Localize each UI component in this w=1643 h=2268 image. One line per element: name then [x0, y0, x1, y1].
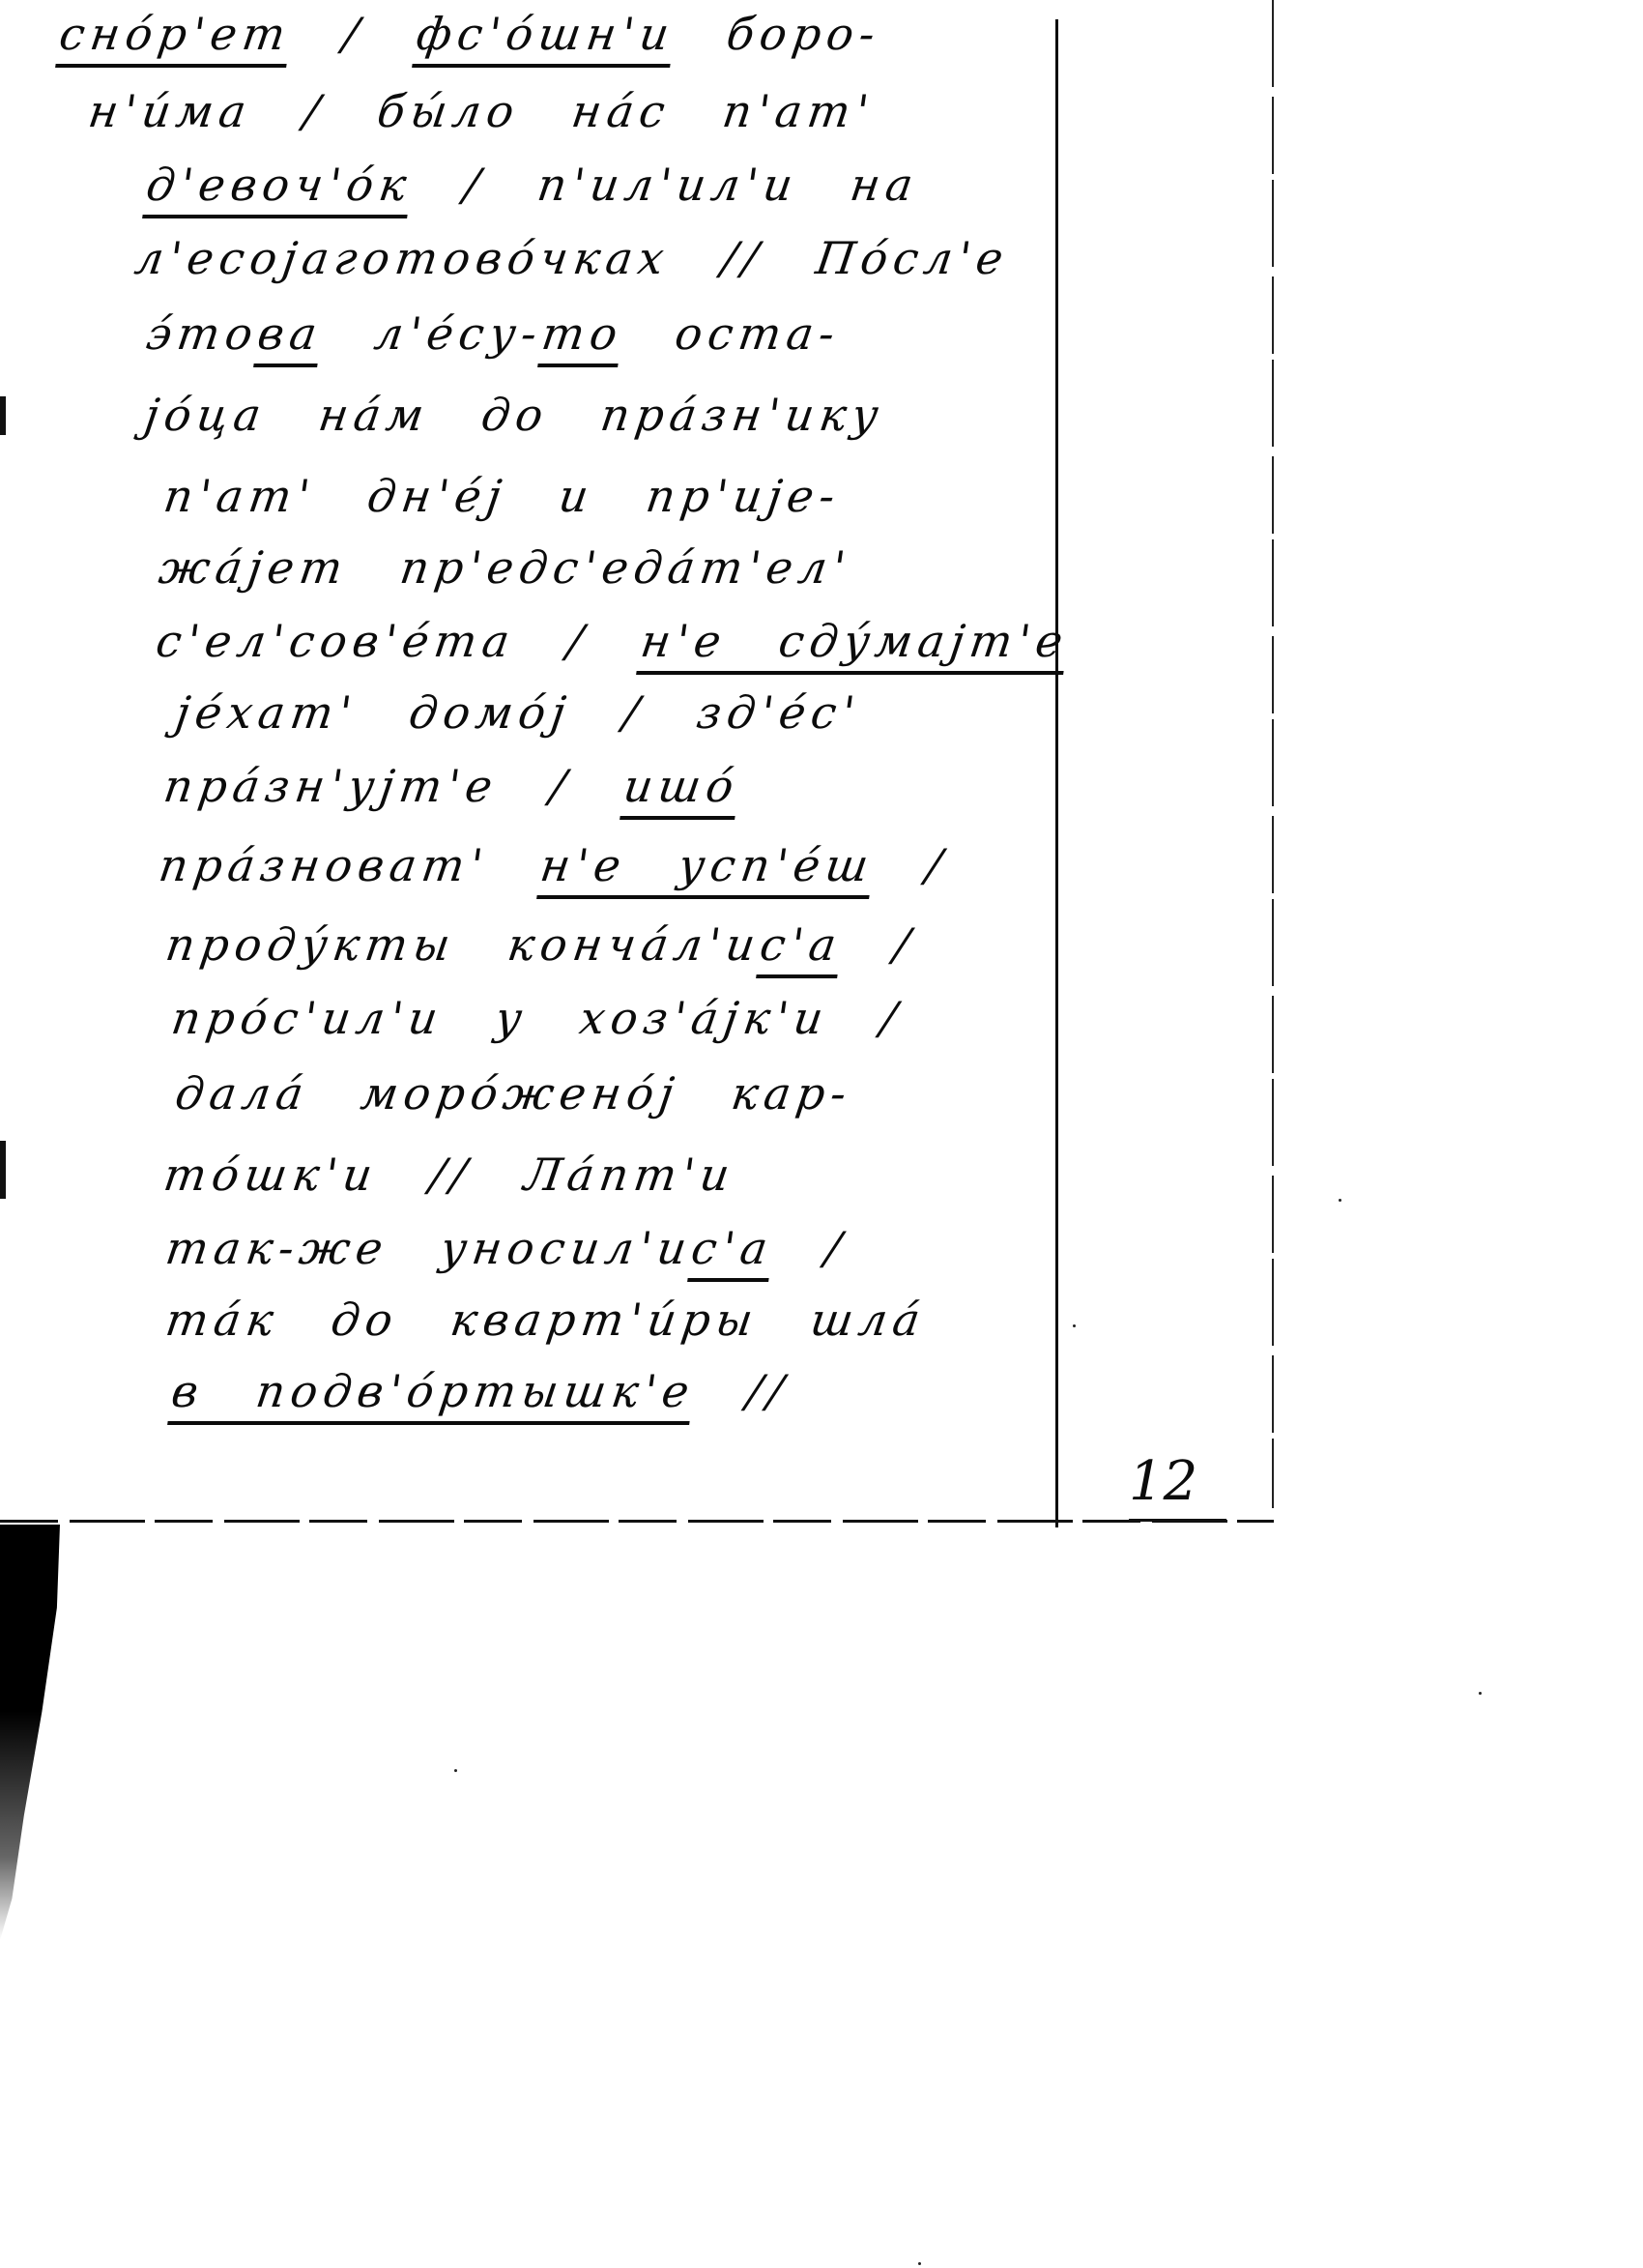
scan-edge-mark [0, 1141, 6, 1199]
text-line: то́шк'и // Ла́пт'и [161, 1152, 738, 1197]
text-line: jо́ца на́м до пра́зн'ику [142, 393, 887, 437]
text-line: жа́jет пр'едс'еда́т'ел' [157, 545, 854, 590]
scan-speck [1073, 1324, 1076, 1327]
text-line: пра́зн'уjт'е / ишо́ [161, 764, 742, 808]
page-bottom-edge [0, 1520, 1274, 1523]
line-text: боро- [671, 8, 884, 60]
text-line: с'ел'сов'е́та / н'е сду́маjт'е [154, 619, 1072, 663]
text-line: так-же уносил'ис'а / [163, 1226, 850, 1270]
line-text: то́шк'и // Ла́пт'и [160, 1149, 738, 1201]
text-line: jе́хат' домо́j / зд'е́с' [173, 690, 863, 735]
margin-rule [1055, 19, 1058, 1527]
underlined-word: в подв'о́ртышк'е [167, 1365, 698, 1425]
underlined-word: сно́р'ет [55, 8, 294, 68]
manuscript-page: сно́р'ет / фс'о́шн'и боро- н'и́ма / бы́л… [0, 0, 1274, 1524]
text-line: дала́ моро́жено́j кар- [173, 1071, 855, 1116]
line-text: пра́знoват' [156, 839, 544, 891]
line-text: дала́ моро́жено́j кар- [172, 1067, 855, 1119]
line-text: jе́хат' домо́j / зд'е́с' [172, 686, 864, 739]
binding-shadow [0, 1525, 60, 1940]
underlined-word: с'а [756, 918, 846, 978]
line-text: // [691, 1365, 793, 1417]
text-line: пра́знoват' н'е усп'е́ш / [157, 843, 951, 887]
text-line: л'есојаготово́чках // По́сл'е [132, 236, 1012, 280]
scan-speck [454, 1769, 457, 1772]
underlined-word: д'евоч'о́к [142, 159, 416, 218]
line-text: / [287, 8, 420, 60]
text-line: д'евоч'о́к / п'ил'ил'и на [144, 162, 921, 207]
line-text: л'есојаготово́чках // По́сл'е [131, 232, 1012, 284]
scan-edge-mark [0, 396, 6, 435]
line-text: п'ат' дн'е́j и пр'иjе- [160, 470, 844, 522]
line-text: жа́jет пр'едс'еда́т'ел' [156, 541, 854, 594]
line-text: л'е́су- [318, 307, 545, 360]
line-text: jо́ца на́м до пра́зн'ику [141, 389, 887, 441]
scan-speck [918, 2262, 921, 2265]
line-text: э́то [143, 307, 262, 360]
underlined-word: ишо́ [620, 760, 743, 820]
line-text: про́с'ил'и у хоз'а́jк'и / [168, 992, 906, 1044]
line-text: та́к до кварт'и́ры шла́ [162, 1294, 929, 1346]
text-line: п'ат' дн'е́j и пр'иjе- [161, 474, 844, 518]
underlined-word: с'а [687, 1222, 777, 1282]
text-line: сно́р'ет / фс'о́шн'и боро- [57, 12, 883, 56]
underlined-word: фс'о́шн'и [413, 8, 678, 68]
line-text: с'ел'сов'е́та / [153, 615, 645, 667]
line-text: / [769, 1222, 850, 1274]
line-text: пра́зн'уjт'е / [160, 760, 627, 812]
line-text: проду́кты конча́л'и [162, 918, 764, 971]
line-text: / [838, 918, 919, 971]
line-text: / [870, 839, 951, 891]
text-line: н'и́ма / бы́ло на́с п'ат' [86, 89, 878, 133]
page-number: 12 [1129, 1450, 1226, 1522]
underlined-word: ва [253, 307, 326, 367]
text-line: в подв'о́ртышк'е // [169, 1369, 793, 1413]
page-right-edge [1272, 0, 1274, 1508]
text-line: та́к до кварт'и́ры шла́ [163, 1297, 929, 1342]
line-text: так-же уносил'и [162, 1222, 695, 1274]
scan-speck [1339, 1199, 1341, 1202]
text-line: э́това л'е́су-то оста- [144, 311, 844, 356]
line-text: / п'ил'ил'и на [408, 159, 922, 211]
line-text: оста- [620, 307, 844, 360]
underlined-word: н'е усп'е́ш [536, 839, 878, 899]
scan-speck [1479, 1692, 1482, 1695]
line-text: н'и́ма / бы́ло на́с п'ат' [85, 85, 878, 137]
text-line: про́с'ил'и у хоз'а́jк'и / [169, 996, 906, 1040]
underlined-word: н'е сду́маjт'е [637, 615, 1072, 675]
underlined-word: то [537, 307, 626, 367]
text-line: проду́кты конча́л'ис'а / [163, 922, 918, 967]
